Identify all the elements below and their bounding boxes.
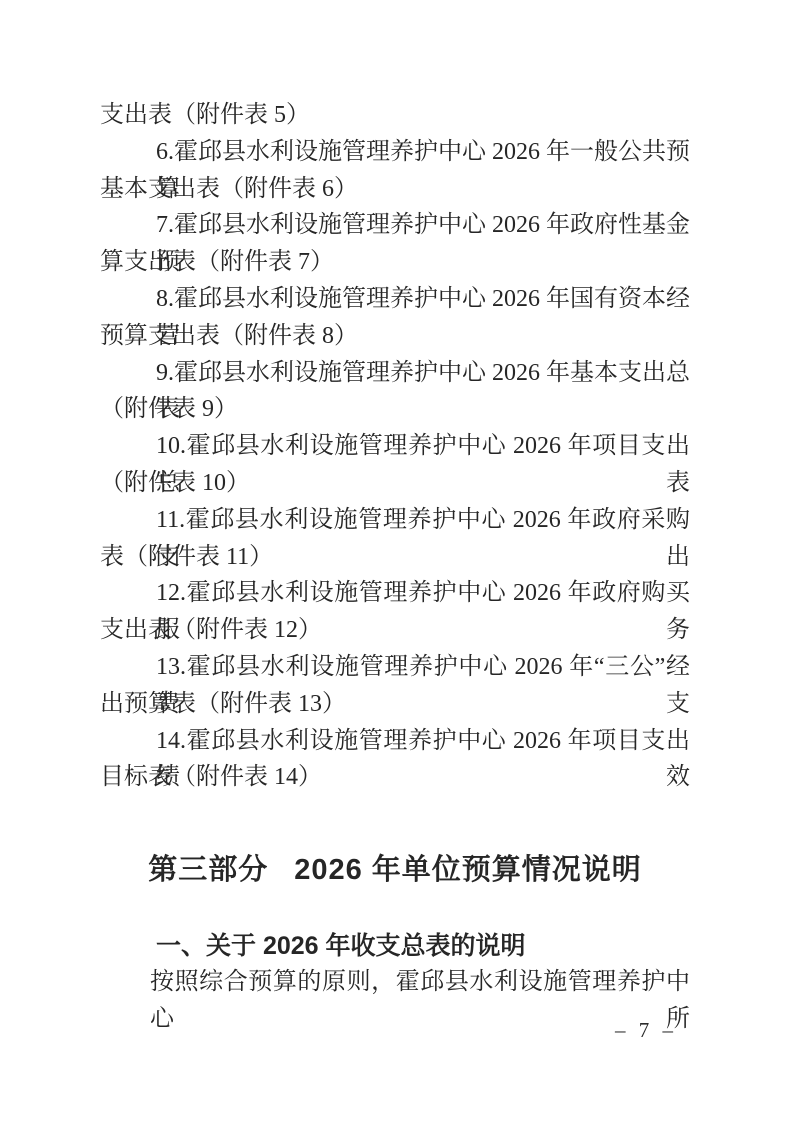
attachment-list-line: 11.霍邱县水利设施管理养护中心 2026 年政府采购支出 (100, 502, 690, 539)
section-part-label: 第三部分 (148, 854, 268, 886)
attachment-list-line: 预算支出表（附件表 8） (100, 318, 690, 355)
attachment-list-line: （附件表 9） (100, 391, 690, 428)
attachment-list-line: 基本支出表（附件表 6） (100, 171, 690, 208)
attachment-list-line: 12.霍邱县水利设施管理养护中心 2026 年政府购买服务 (100, 575, 690, 612)
body-paragraph: 按照综合预算的原则，霍邱县水利设施管理养护中心所 (100, 964, 690, 1001)
document-page: 支出表（附件表 5） 6.霍邱县水利设施管理养护中心 2026 年一般公共预算 … (0, 0, 793, 1122)
page-content: 支出表（附件表 5） 6.霍邱县水利设施管理养护中心 2026 年一般公共预算 … (100, 97, 690, 1001)
attachment-list-line: 9.霍邱县水利设施管理养护中心 2026 年基本支出总表 (100, 355, 690, 392)
attachment-list-line: 7.霍邱县水利设施管理养护中心 2026 年政府性基金预 (100, 207, 690, 244)
attachment-list-line: 10.霍邱县水利设施管理养护中心 2026 年项目支出总表 (100, 428, 690, 465)
section-heading: 第三部分2026 年单位预算情况说明 (100, 850, 690, 890)
page-number: – 7 – (615, 1018, 677, 1043)
attachment-list-line: 13.霍邱县水利设施管理养护中心 2026 年“三公”经费支 (100, 649, 690, 686)
attachment-list-line: 支出表（附件表 5） (100, 97, 690, 134)
section-title: 2026 年单位预算情况说明 (294, 854, 642, 886)
attachment-list-line: 6.霍邱县水利设施管理养护中心 2026 年一般公共预算 (100, 134, 690, 171)
attachment-list-line: 算支出表（附件表 7） (100, 244, 690, 281)
attachment-list-line: 8.霍邱县水利设施管理养护中心 2026 年国有资本经营 (100, 281, 690, 318)
attachment-list-line: 14.霍邱县水利设施管理养护中心 2026 年项目支出绩效 (100, 723, 690, 760)
subsection-heading: 一、关于 2026 年收支总表的说明 (100, 928, 690, 964)
